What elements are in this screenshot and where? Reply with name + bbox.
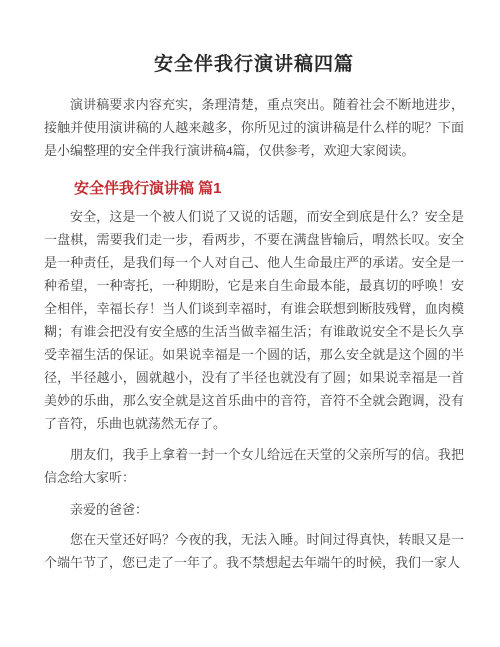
- intro-paragraph: 演讲稿要求内容充实，条理清楚，重点突出。随着社会不断地进步，接触并使用演讲稿的人…: [44, 93, 464, 162]
- letter-body-paragraph: 您在天堂还好吗？今夜的我，无法入睡。时间过得真快，转眼又是一个端午节了，您已走了…: [44, 528, 464, 574]
- document-page: 安全伴我行演讲稿四篇 演讲稿要求内容充实，条理清楚，重点突出。随着社会不断地进步…: [0, 0, 500, 647]
- letter-salutation: 亲爱的爸爸：: [44, 498, 464, 521]
- section1-paragraph-main: 安全，这是一个被人们说了又说的话题，而安全到底是什么？安全是一盘棋，需要我们走一…: [44, 205, 464, 435]
- section1-heading: 安全伴我行演讲稿 篇1: [44, 178, 464, 200]
- document-title: 安全伴我行演讲稿四篇: [44, 50, 464, 80]
- section1-paragraph-letter-intro: 朋友们，我手上拿着一封一个女儿给远在天堂的父亲所写的信。我把信念给大家听：: [44, 443, 464, 489]
